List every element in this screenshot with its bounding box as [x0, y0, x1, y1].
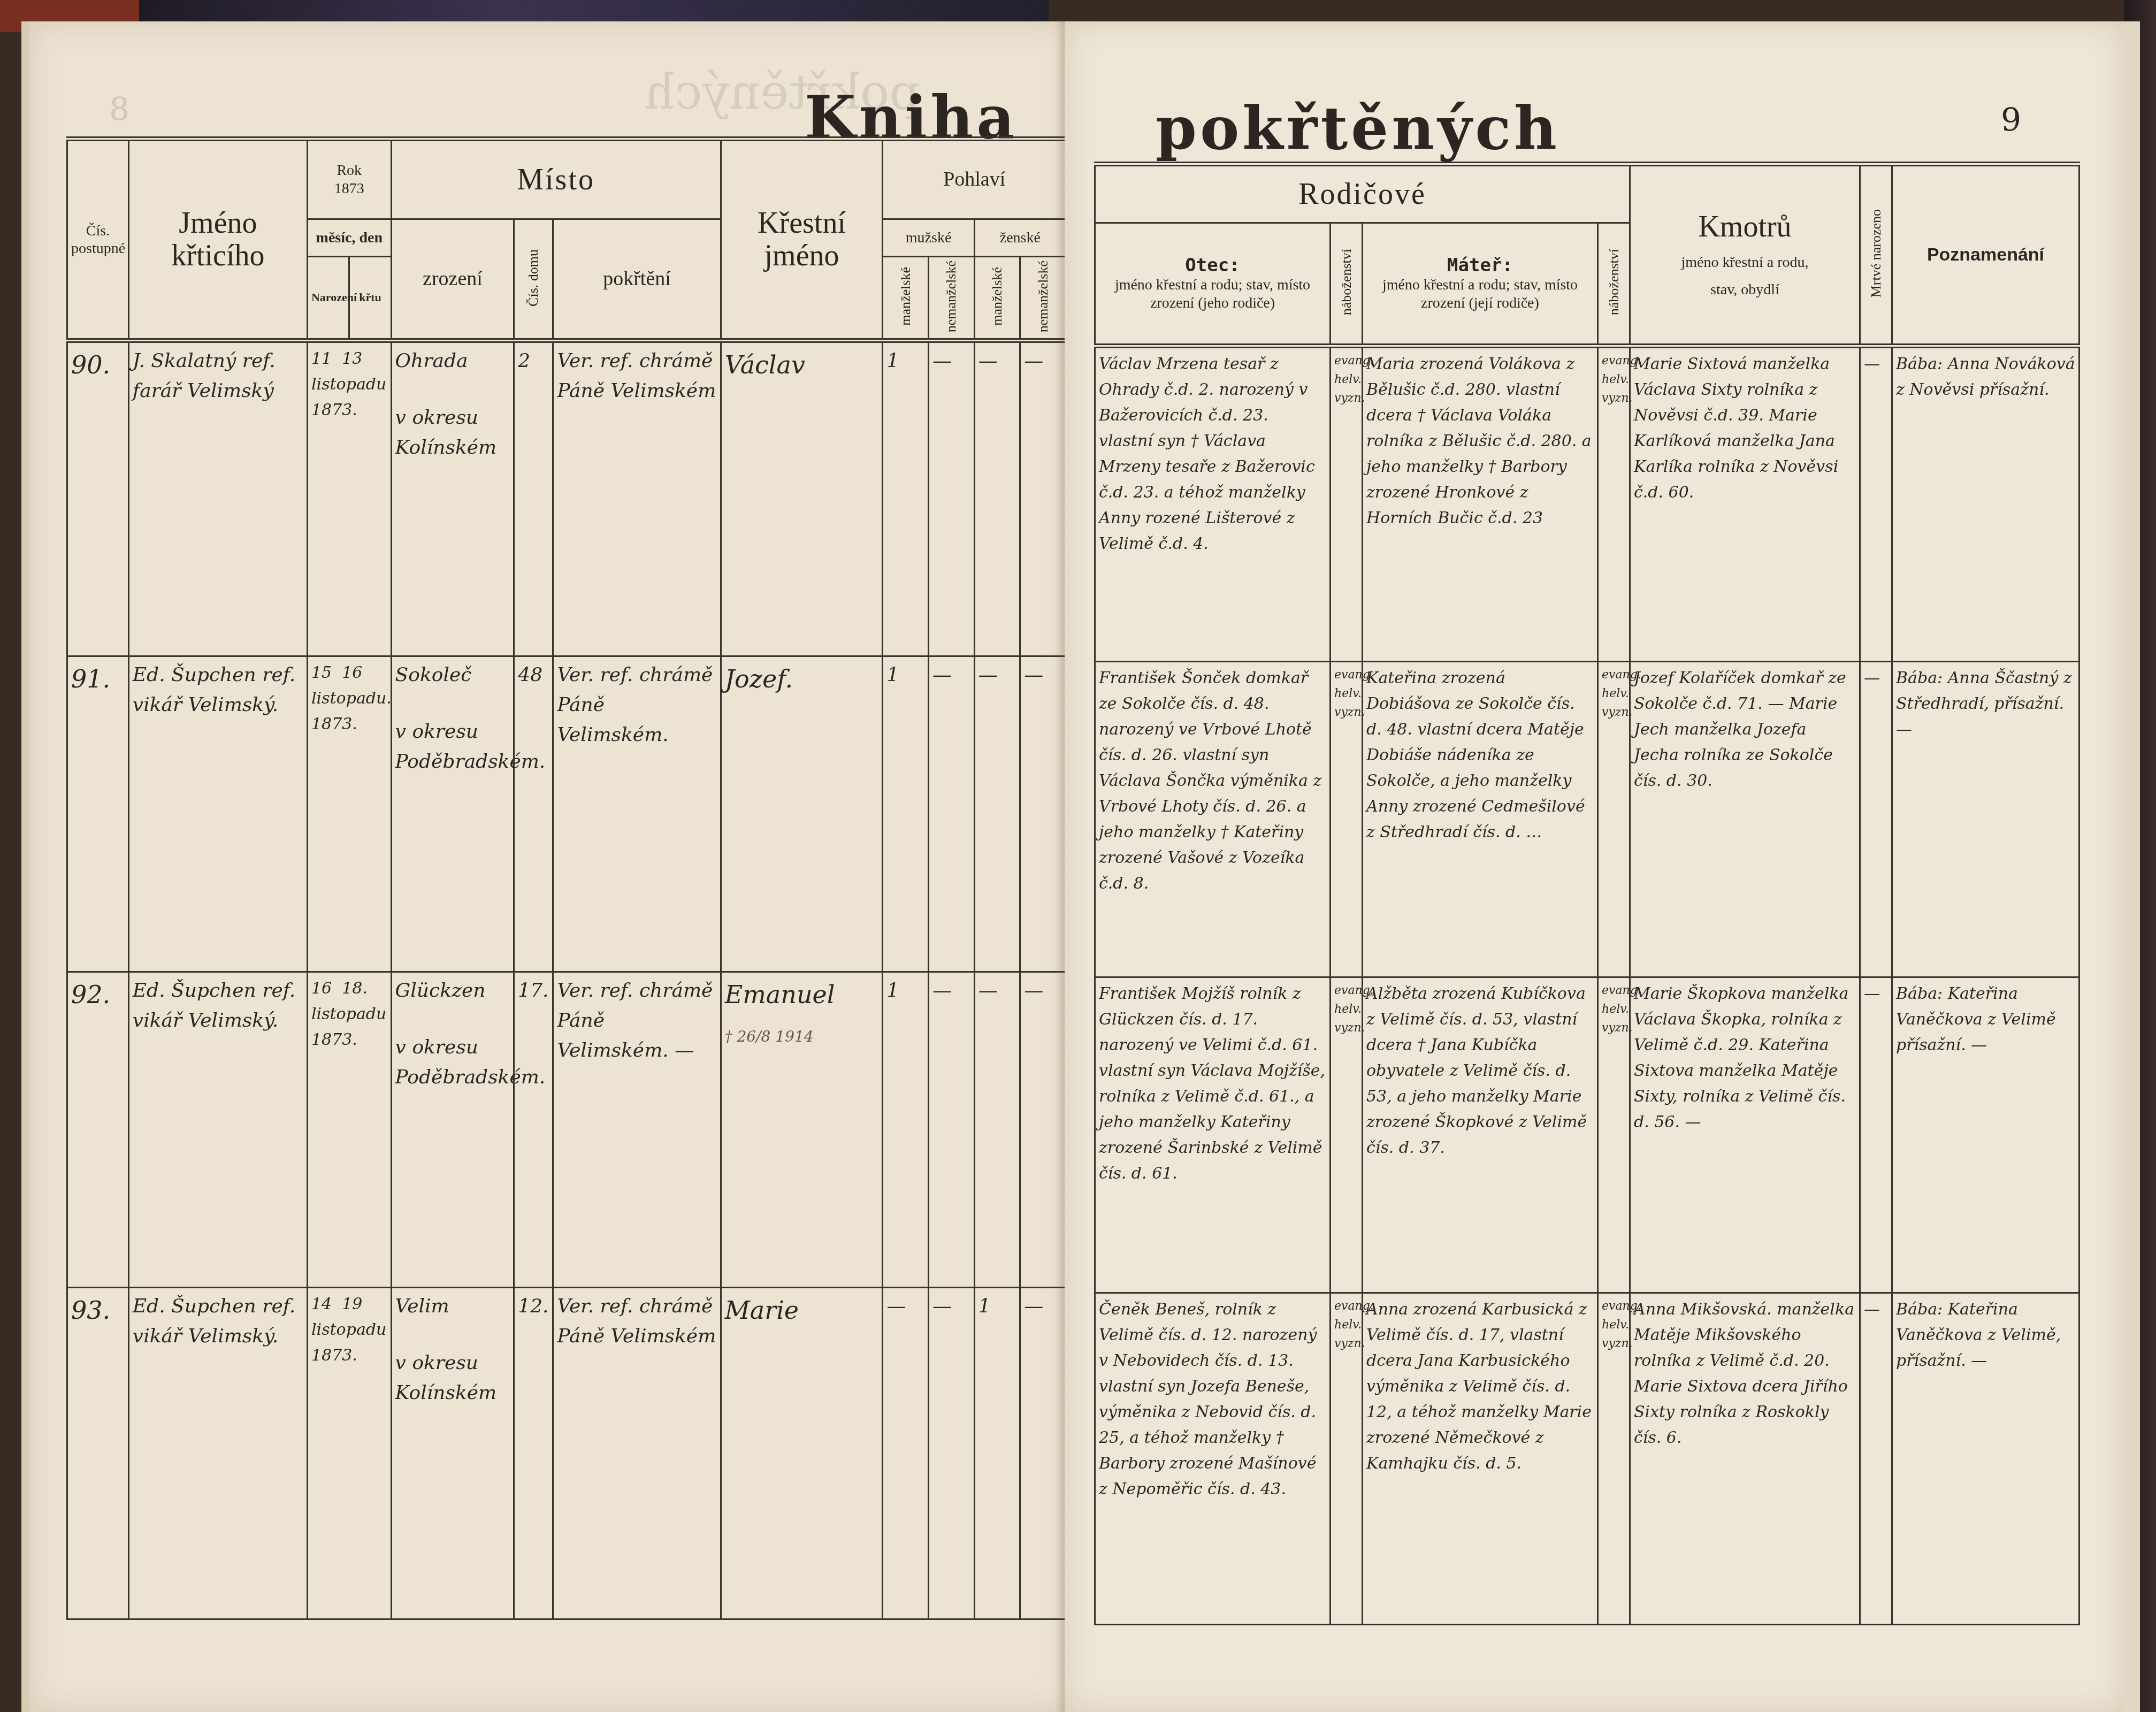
header-father-religion: náboženství	[1331, 223, 1363, 346]
given-name: Jozef.	[721, 656, 883, 972]
header-father: Otec: jméno křestní a rodu; stav, místo …	[1095, 223, 1331, 346]
stillborn: —	[1860, 977, 1892, 1293]
officiant: Ed. Šupchen ref. vikář Velimský.	[128, 656, 307, 972]
remarks: Bába: Kateřina Vaněčkova z Velimě, přísa…	[1892, 1293, 2079, 1625]
father-religion: evang. helv. vyzn.	[1331, 977, 1363, 1293]
entry-number: 91.	[67, 656, 129, 972]
table-row: 92. Ed. Šupchen ref. vikář Velimský. 16 …	[67, 972, 1066, 1288]
birth-baptism-date: 15 16 listopadu. 1873.	[307, 656, 391, 972]
table-row: 91. Ed. Šupchen ref. vikář Velimský. 15 …	[67, 656, 1066, 972]
header-godparents: Kmotrů jméno křestní a rodu, stav, obydl…	[1630, 164, 1860, 346]
header-male: mužské	[883, 219, 974, 257]
remarks: Bába: Kateřina Vaněčkova z Velimě přísaž…	[1892, 977, 2079, 1293]
father-religion: evang. helv. vyzn.	[1331, 1293, 1363, 1625]
header-place-baptism: pokřtění	[553, 219, 721, 341]
house-number: 12.	[514, 1288, 553, 1619]
header-year: Rok 1873	[307, 139, 391, 219]
female-legit: 1	[974, 1288, 1020, 1619]
page-number-ghost: 8	[109, 91, 129, 128]
header-month-day: měsíc, den	[307, 219, 391, 257]
birth-baptism-date: 14 19 listopadu 1873.	[307, 1288, 391, 1619]
entry-number: 93.	[67, 1288, 129, 1619]
baptism-place: Ver. ref. chrámě Páně Velimském	[553, 1288, 721, 1619]
godparents: Jozef Kolaříček domkař ze Sokolče č.d. 7…	[1630, 662, 1860, 977]
table-row: 93. Ed. Šupchen ref. vikář Velimský. 14 …	[67, 1288, 1066, 1619]
stillborn: —	[1860, 346, 1892, 662]
remarks: Bába: Anna Nováková z Nověvsi přísažní.	[1892, 346, 2079, 662]
male-illegit: —	[929, 1288, 975, 1619]
header-sex: Pohlaví	[883, 139, 1066, 219]
mother-details: Maria zrozená Volákova z Bělušic č.d. 28…	[1363, 346, 1598, 662]
male-legit: 1	[883, 972, 929, 1288]
header-female-legit: manželské	[974, 257, 1020, 341]
header-number: Čís. postupné	[67, 139, 129, 341]
house-number: 48	[514, 656, 553, 972]
birth-place: Glückzenv okresu Poděbradském.	[391, 972, 514, 1288]
header-birth: Narození	[307, 257, 349, 341]
birth-place: Velimv okresu Kolínském	[391, 1288, 514, 1619]
godparents: Anna Mikšovská. manželka Matěje Mikšovsk…	[1630, 1293, 1860, 1625]
header-house-no: Čís. domu	[514, 219, 553, 341]
header-male-legit: manželské	[883, 257, 929, 341]
godparents: Marie Škopkova manželka Václava Škopka, …	[1630, 977, 1860, 1293]
header-mother-religion: náboženství	[1598, 223, 1630, 346]
baptism-register-right: Rodičové Kmotrů jméno křestní a rodu, st…	[1094, 162, 2080, 1625]
birth-place: Ohradav okresu Kolínském	[391, 341, 514, 656]
given-name: Emanuel† 26/8 1914	[721, 972, 883, 1288]
baptism-place: Ver. ref. chrámě Páně Velimském	[553, 341, 721, 656]
header-place: Místo	[391, 139, 721, 219]
header-stillborn: Mrtvé narozeno	[1860, 164, 1892, 346]
father-details: Čeněk Beneš, rolník z Velimě čís. d. 12.…	[1095, 1293, 1331, 1625]
header-place-birth: zrození	[391, 219, 514, 341]
given-name: Marie	[721, 1288, 883, 1619]
male-illegit: —	[929, 972, 975, 1288]
year-value: 1873	[334, 180, 364, 197]
mother-religion: evang. helv. vyzn.	[1598, 977, 1630, 1293]
page-title-right: pokřtěných	[1156, 94, 1560, 163]
male-legit: 1	[883, 656, 929, 972]
book-cover-edge	[139, 0, 1049, 24]
male-legit: —	[883, 1288, 929, 1619]
father-details: František Mojžíš rolník z Glückzen čís. …	[1095, 977, 1331, 1293]
birth-place: Sokolečv okresu Poděbradském.	[391, 656, 514, 972]
right-page: pokřtěných 9 Rodičové Kmotrů jméno křest…	[1065, 21, 2140, 1712]
header-mother: Máteř: jméno křestní a rodu; stav, místo…	[1363, 223, 1598, 346]
mother-details: Alžběta zrozená Kubíčkova z Velimě čís. …	[1363, 977, 1598, 1293]
mother-details: Anna zrozená Karbusická z Velimě čís. d.…	[1363, 1293, 1598, 1625]
page-number: 9	[2001, 102, 2021, 139]
death-note: † 26/8 1914	[725, 1025, 879, 1048]
father-religion: evang. helv. vyzn.	[1331, 346, 1363, 662]
header-officiant: Jméno křticího	[128, 139, 307, 341]
mother-religion: evang. helv. vyzn.	[1598, 662, 1630, 977]
header-remarks: Poznamenání	[1892, 164, 2079, 346]
given-name: Václav	[721, 341, 883, 656]
male-illegit: —	[929, 341, 975, 656]
godparents: Marie Sixtová manželka Václava Sixty rol…	[1630, 346, 1860, 662]
remarks: Bába: Anna Ščastný z Středhradí, přísažn…	[1892, 662, 2079, 977]
female-legit: —	[974, 972, 1020, 1288]
officiant: Ed. Šupchen ref. vikář Velimský.	[128, 972, 307, 1288]
entry-number: 90.	[67, 341, 129, 656]
officiant: Ed. Šupchen ref. vikář Velimský.	[128, 1288, 307, 1619]
male-illegit: —	[929, 656, 975, 972]
baptism-place: Ver. ref. chrámě Páně Velimském. —	[553, 972, 721, 1288]
header-parents: Rodičové	[1095, 164, 1630, 223]
table-row: František Mojžíš rolník z Glückzen čís. …	[1095, 977, 2079, 1293]
father-details: František Šonček domkař ze Sokolče čís. …	[1095, 662, 1331, 977]
birth-baptism-date: 11 13 listopadu 1873.	[307, 341, 391, 656]
father-details: Václav Mrzena tesař z Ohrady č.d. 2. nar…	[1095, 346, 1331, 662]
baptism-place: Ver. ref. chrámě Páně Velimském.	[553, 656, 721, 972]
header-given-name: Křestní jméno	[721, 139, 883, 341]
header-female: ženské	[974, 219, 1066, 257]
stillborn: —	[1860, 662, 1892, 977]
table-row: František Šonček domkař ze Sokolče čís. …	[1095, 662, 2079, 977]
table-row: Václav Mrzena tesař z Ohrady č.d. 2. nar…	[1095, 346, 2079, 662]
stillborn: —	[1860, 1293, 1892, 1625]
mother-details: Kateřina zrozená Dobiášova ze Sokolče čí…	[1363, 662, 1598, 977]
birth-baptism-date: 16 18. listopadu 1873.	[307, 972, 391, 1288]
header-male-illegit: nemanželské	[929, 257, 975, 341]
left-page: pokřtěných 8 Kniha Čís. postupné Jméno k…	[21, 21, 1072, 1712]
female-legit: —	[974, 341, 1020, 656]
mother-religion: evang. helv. vyzn.	[1598, 1293, 1630, 1625]
house-number: 17.	[514, 972, 553, 1288]
baptism-register-left: Čís. postupné Jméno křticího Rok 1873 Mí…	[66, 136, 1067, 1620]
officiant: J. Skalatný ref. farář Velimský	[128, 341, 307, 656]
entry-number: 92.	[67, 972, 129, 1288]
father-religion: evang. helv. vyzn.	[1331, 662, 1363, 977]
table-row: Čeněk Beneš, rolník z Velimě čís. d. 12.…	[1095, 1293, 2079, 1625]
female-legit: —	[974, 656, 1020, 972]
table-row: 90. J. Skalatný ref. farář Velimský 11 1…	[67, 341, 1066, 656]
house-number: 2	[514, 341, 553, 656]
mother-religion: evang. helv. vyzn.	[1598, 346, 1630, 662]
male-legit: 1	[883, 341, 929, 656]
